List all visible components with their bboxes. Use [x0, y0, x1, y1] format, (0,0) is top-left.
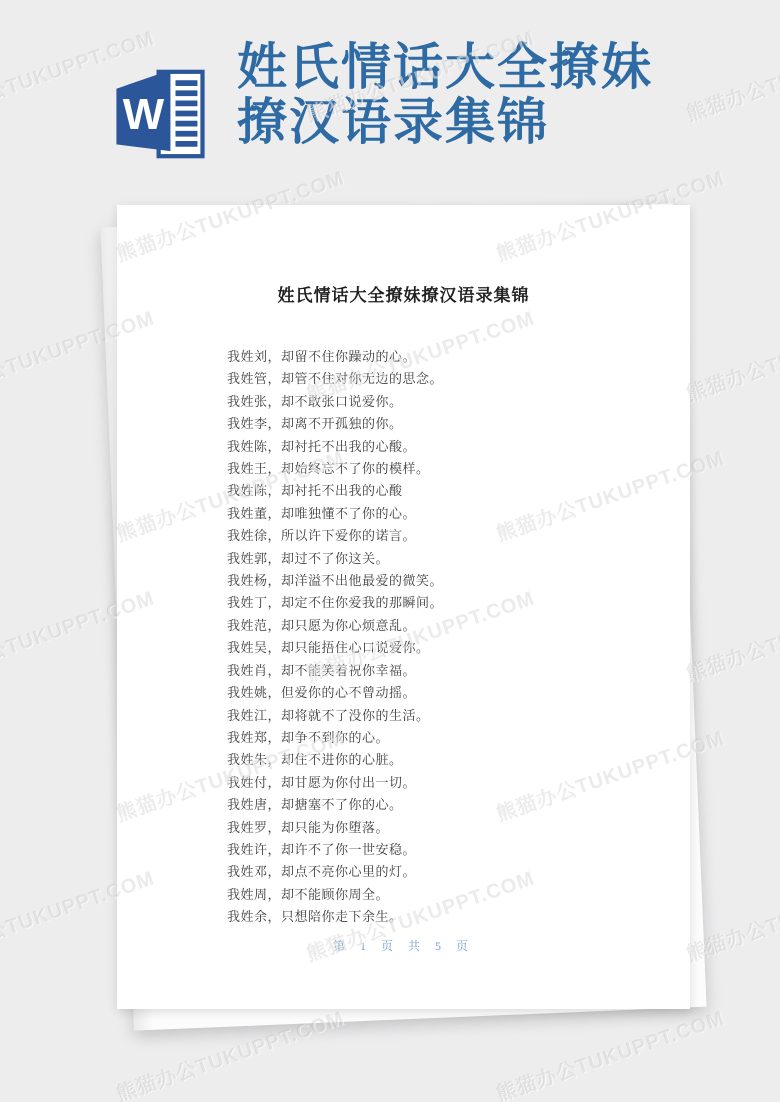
document-line: 我姓郭，却过不了你这关。 [227, 548, 690, 570]
document-preview: 姓氏情话大全撩妹撩汉语录集锦 我姓刘，却留不住你躁动的心。我姓管，却管不住对你无… [0, 0, 780, 1102]
document-line: 我姓朱，却住不进你的心脏。 [227, 749, 690, 771]
document-line: 我姓陈，却衬托不出我的心酸。 [227, 436, 690, 458]
document-line: 我姓范，却只愿为你心烦意乱。 [227, 615, 690, 637]
document-line: 我姓王，却始终忘不了你的模样。 [227, 458, 690, 480]
document-line: 我姓郑，却争不到你的心。 [227, 727, 690, 749]
document-line: 我姓江，却将就不了没你的生活。 [227, 705, 690, 727]
document-body: 我姓刘，却留不住你躁动的心。我姓管，却管不住对你无边的思念。我姓张，却不敢张口说… [117, 346, 690, 929]
document-line: 我姓徐，所以许下爱你的诺言。 [227, 525, 690, 547]
document-line: 我姓董，却唯独懂不了你的心。 [227, 503, 690, 525]
document-line: 我姓刘，却留不住你躁动的心。 [227, 346, 690, 368]
document-line: 我姓周，却不能顾你周全。 [227, 884, 690, 906]
document-line: 我姓吴，却只能捂住心口说爱你。 [227, 637, 690, 659]
document-line: 我姓罗，却只能为你堕落。 [227, 817, 690, 839]
document-line: 我姓姚，但爱你的心不曾动摇。 [227, 682, 690, 704]
document-line: 我姓张，却不敢张口说爱你。 [227, 391, 690, 413]
document-line: 我姓许，却许不了你一世安稳。 [227, 839, 690, 861]
document-line: 我姓付，却甘愿为你付出一切。 [227, 772, 690, 794]
document-line: 我姓肖，却不能笑着祝你幸福。 [227, 660, 690, 682]
document-line: 我姓李，却离不开孤独的你。 [227, 413, 690, 435]
document-line: 我姓管，却管不住对你无边的思念。 [227, 368, 690, 390]
document-line: 我姓杨，却洋溢不出他最爱的微笑。 [227, 570, 690, 592]
document-line: 我姓陈，却衬托不出我的心酸 [227, 480, 690, 502]
document-line: 我姓丁，却定不住你爱我的那瞬间。 [227, 592, 690, 614]
page-background: W 姓氏情话大全撩妹撩汉语录集锦 姓氏情话大全撩妹撩汉语录集锦 我姓刘，却留不住… [0, 0, 780, 1102]
document-line: 我姓唐，却搪塞不了你的心。 [227, 794, 690, 816]
page-number-footer: 第 1 页 共 5 页 [117, 937, 690, 954]
document-line: 我姓余，只想陪你走下余生。 [227, 906, 690, 928]
document-page: 姓氏情话大全撩妹撩汉语录集锦 我姓刘，却留不住你躁动的心。我姓管，却管不住对你无… [117, 205, 690, 1009]
document-line: 我姓邓，却点不亮你心里的灯。 [227, 861, 690, 883]
document-title: 姓氏情话大全撩妹撩汉语录集锦 [117, 205, 690, 306]
